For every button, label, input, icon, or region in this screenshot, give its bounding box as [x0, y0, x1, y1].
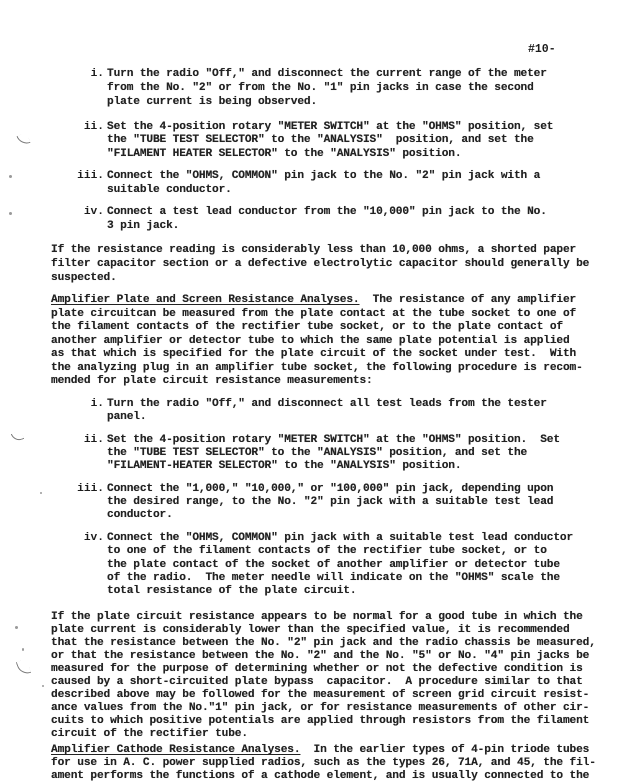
- paragraph-line: plate current is considerably lower than…: [51, 624, 570, 637]
- scan-dot: [15, 626, 18, 629]
- paragraph-line: circuit of the rectifier tube.: [51, 728, 248, 741]
- step-text: to one of the filament contacts of the r…: [107, 545, 547, 558]
- step-text: total resistance of the plate circuit.: [107, 585, 356, 598]
- step-number: ii.: [64, 434, 104, 447]
- step-text: panel.: [107, 411, 146, 424]
- scan-dot: [9, 212, 12, 215]
- step-text: Turn the radio "Off," and disconnect all…: [107, 398, 547, 411]
- scan-mark: [16, 132, 30, 146]
- step-text: Connect the "OHMS, COMMON" pin jack to t…: [107, 170, 540, 183]
- step-text: "FILAMENT-HEATER SELECTOR" to the "ANALY…: [107, 460, 461, 473]
- step-number: iv.: [64, 532, 104, 545]
- step-number: ii.: [64, 121, 104, 134]
- step-text: the plate contact of the socket of anoth…: [107, 559, 560, 572]
- paragraph-line: that the resistance between the No. "2" …: [51, 637, 596, 650]
- paragraph-line: cuits to which positive potentials are a…: [51, 715, 589, 728]
- page-number: #10-: [528, 43, 556, 56]
- step-text: Connect the "1,000," "10,000," or "100,0…: [107, 483, 553, 496]
- paragraph-line: as that which is specified for the plate…: [51, 348, 576, 361]
- paragraph-line: another amplifier or detector tube to wh…: [51, 335, 570, 348]
- step-text: suitable conductor.: [107, 184, 232, 197]
- step-text: Turn the radio "Off," and disconnect the…: [107, 68, 547, 81]
- step-text: the "TUBE TEST SELECTOR" to the "ANALYSI…: [107, 447, 527, 460]
- step-text: plate current is being observed.: [107, 96, 317, 109]
- step-text: Connect the "OHMS, COMMON" pin jack with…: [107, 532, 573, 545]
- step-number: i.: [64, 398, 104, 411]
- paragraph-line: suspected.: [51, 272, 117, 285]
- step-number: iv.: [64, 206, 104, 219]
- scan-dot: [42, 685, 44, 687]
- document-page: #10- i. Turn the radio "Off," and discon…: [0, 0, 621, 781]
- scan-dot: [9, 175, 12, 178]
- step-number: iii.: [64, 170, 104, 183]
- section-heading-line: Amplifier Cathode Resistance Analyses. I…: [51, 744, 589, 757]
- step-text: the desired range, to the No. "2" pin ja…: [107, 496, 553, 509]
- paragraph-line: or that the resistance between the No. "…: [51, 650, 589, 663]
- section-heading: Amplifier Cathode Resistance Analyses.: [51, 744, 300, 756]
- scan-mark: [11, 430, 24, 442]
- scan-dot: [40, 492, 42, 494]
- paragraph-line: filter capacitor section or a defective …: [51, 258, 589, 271]
- paragraph-line: measured for the purpose of determining …: [51, 663, 583, 676]
- paragraph-line: ament performs the functions of a cathod…: [51, 770, 589, 781]
- paragraph-line: for use in A. C. power supplied radios, …: [51, 757, 596, 770]
- paragraph-line: mended for plate circuit resistance meas…: [51, 375, 373, 388]
- step-text: conductor.: [107, 509, 173, 522]
- step-number: i.: [64, 68, 104, 81]
- step-text: Set the 4-position rotary "METER SWITCH"…: [107, 121, 553, 134]
- heading-continuation: The resistance of any amplifier: [360, 294, 577, 306]
- section-heading-line: Amplifier Plate and Screen Resistance An…: [51, 294, 576, 307]
- step-text: Connect a test lead conductor from the "…: [107, 206, 547, 219]
- paragraph-line: caused by a short-circuited plate bypass…: [51, 676, 583, 689]
- paragraph-line: ance values from the No."1" pin jack, or…: [51, 702, 589, 715]
- heading-continuation: In the earlier types of 4-pin triode tub…: [300, 744, 589, 756]
- step-text: 3 pin jack.: [107, 220, 179, 233]
- paragraph-line: the filament contacts of the rectifier t…: [51, 321, 563, 334]
- paragraph-line: If the resistance reading is considerabl…: [51, 244, 576, 257]
- paragraph-line: described above may be followed for the …: [51, 689, 589, 702]
- section-heading: Amplifier Plate and Screen Resistance An…: [51, 294, 360, 306]
- paragraph-line: plate circuitcan be measured from the pl…: [51, 308, 576, 321]
- scan-dot: [22, 648, 24, 651]
- step-text: the "TUBE TEST SELECTOR" to the "ANALYSI…: [107, 134, 534, 147]
- step-text: "FILAMENT HEATER SELECTOR" to the "ANALY…: [107, 148, 461, 161]
- paragraph-line: If the plate circuit resistance appears …: [51, 611, 583, 624]
- step-text: from the No. "2" or from the No. "1" pin…: [107, 82, 534, 95]
- step-text: of the radio. The meter needle will indi…: [107, 572, 560, 585]
- step-number: iii.: [64, 483, 104, 496]
- paragraph-line: the analyzing plug in an amplifier tube …: [51, 362, 583, 375]
- scan-mark: [16, 659, 31, 677]
- step-text: Set the 4-position rotary "METER SWITCH"…: [107, 434, 560, 447]
